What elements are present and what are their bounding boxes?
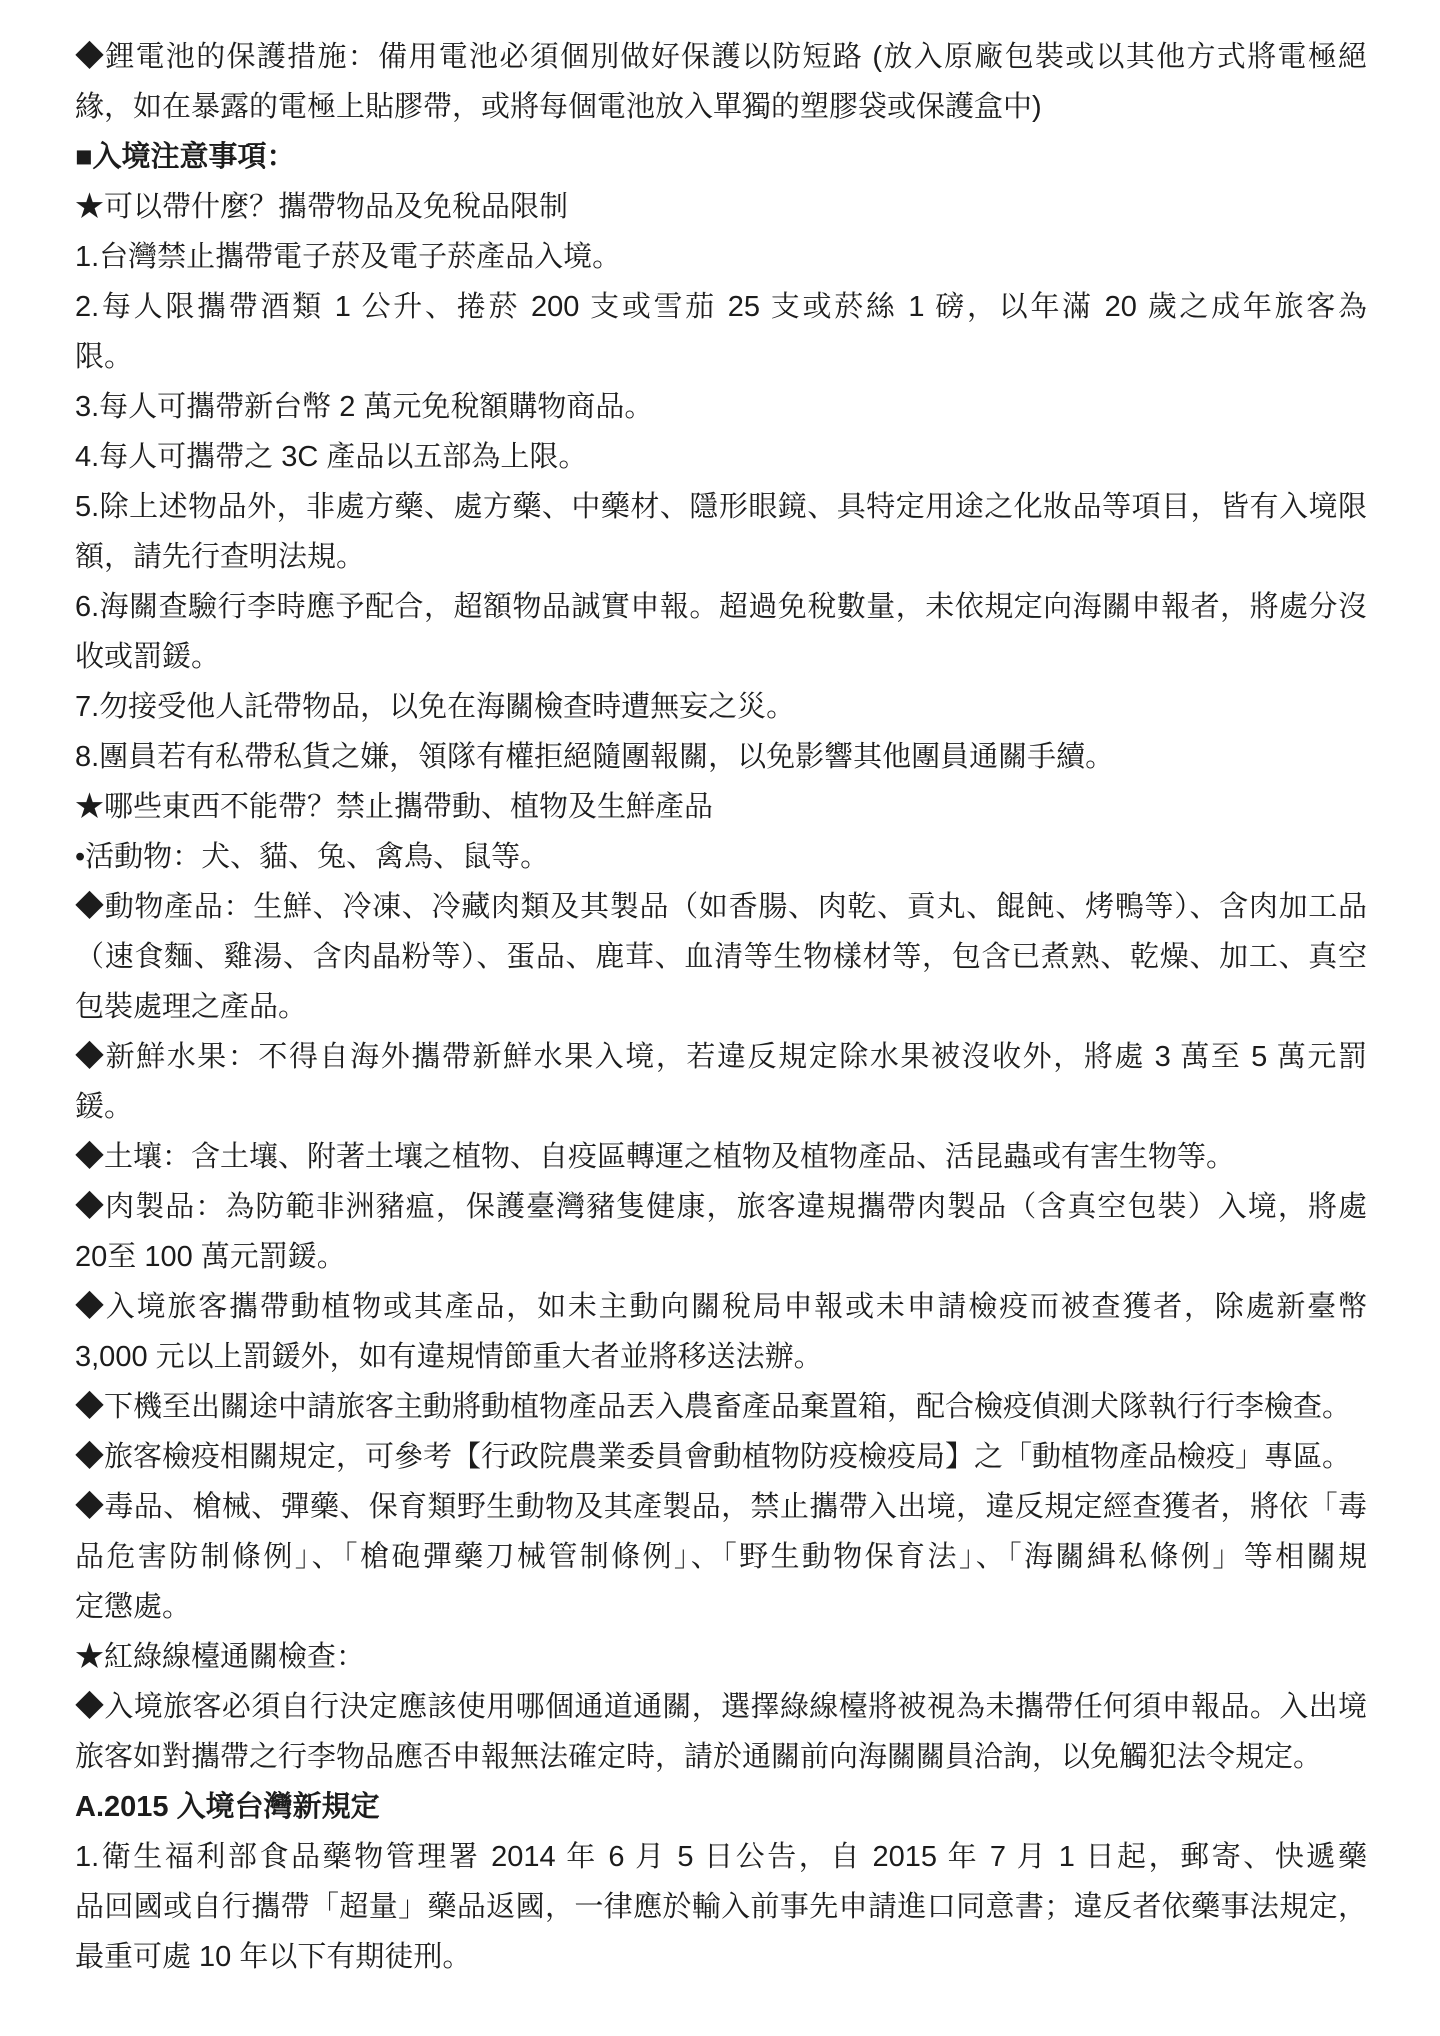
line-meat-products-1: ◆肉製品：為防範非洲豬瘟，保護臺灣豬隻健康，旅客違規攜帶肉製品（含真空包裝）入境…	[75, 1182, 1367, 1232]
line-medicine-mail-2: 品回國或自行攜帶「超量」藥品返國，一律應於輸入前事先申請進口同意書；違反者依藥事…	[75, 1882, 1367, 1932]
line-customs-inspection-2: 收或罰鍰。	[75, 632, 1367, 682]
line-alcohol-tobacco-limit-2: 限。	[75, 332, 1367, 382]
heading-entry-notes: ■入境注意事項：	[75, 132, 1367, 182]
line-no-carrying-for-others: 7.勿接受他人託帶物品，以免在海關檢查時遭無妄之災。	[75, 682, 1367, 732]
line-medicine-mail-1: 1.衛生福利部食品藥物管理署 2014 年 6 月 5 日公告，自 2015 年…	[75, 1832, 1367, 1882]
line-other-items-limit-2: 額，請先行查明法規。	[75, 532, 1367, 582]
line-fresh-fruit-2: 鍰。	[75, 1082, 1367, 1132]
line-soil: ◆土壤：含土壤、附著土壤之植物、自疫區轉運之植物及植物產品、活昆蟲或有害生物等。	[75, 1132, 1367, 1182]
line-lithium-protection-1: ◆鋰電池的保護措施：備用電池必須個別做好保護以防短路 (放入原廠包裝或以其他方式…	[75, 32, 1367, 82]
heading-red-green-channel: ★紅綠線檯通關檢查：	[75, 1632, 1367, 1682]
line-plant-declare-1: ◆入境旅客攜帶動植物或其產品，如未主動向關稅局申報或未申請檢疫而被查獲者，除處新…	[75, 1282, 1367, 1332]
line-contraband-2: 品危害防制條例」、「槍砲彈藥刀械管制條例」、「野生動物保育法」、「海關緝私條例」…	[75, 1532, 1367, 1582]
line-ntd-duty-free: 3.每人可攜帶新台幣 2 萬元免稅額購物商品。	[75, 382, 1367, 432]
line-fresh-fruit-1: ◆新鮮水果：不得自海外攜帶新鮮水果入境，若違反規定除水果被沒收外，將處 3 萬至…	[75, 1032, 1367, 1082]
line-medicine-mail-3: 最重可處 10 年以下有期徒刑。	[75, 1932, 1367, 1982]
heading-2015-new-rules: A.2015 入境台灣新規定	[75, 1782, 1367, 1832]
line-quarantine-reference: ◆旅客檢疫相關規定，可參考【行政院農業委員會動植物防疫檢疫局】之「動植物產品檢疫…	[75, 1432, 1367, 1482]
line-disposal-box: ◆下機至出關途中請旅客主動將動植物產品丟入農畜產品棄置箱，配合檢疫偵測犬隊執行行…	[75, 1382, 1367, 1432]
line-other-items-limit-1: 5.除上述物品外，非處方藥、處方藥、中藥材、隱形眼鏡、具特定用途之化妝品等項目，…	[75, 482, 1367, 532]
line-animal-products-3: 包裝處理之產品。	[75, 982, 1367, 1032]
document-page: ◆鋰電池的保護措施：備用電池必須個別做好保護以防短路 (放入原廠包裝或以其他方式…	[0, 0, 1440, 2036]
line-live-animals: •活動物：犬、貓、兔、禽鳥、鼠等。	[75, 832, 1367, 882]
line-animal-products-1: ◆動物產品：生鮮、冷凍、冷藏肉類及其製品（如香腸、肉乾、貢丸、餛飩、烤鴨等）、含…	[75, 882, 1367, 932]
line-3c-limit: 4.每人可攜帶之 3C 產品以五部為上限。	[75, 432, 1367, 482]
line-group-smuggling: 8.團員若有私帶私貨之嫌，領隊有權拒絕隨團報關，以免影響其他團員通關手續。	[75, 732, 1367, 782]
line-contraband-1: ◆毒品、槍械、彈藥、保育類野生動物及其產製品，禁止攜帶入出境，違反規定經查獲者，…	[75, 1482, 1367, 1532]
line-customs-inspection-1: 6.海關查驗行李時應予配合，超額物品誠實申報。超過免稅數量，未依規定向海關申報者…	[75, 582, 1367, 632]
line-contraband-3: 定懲處。	[75, 1582, 1367, 1632]
line-channel-choice-1: ◆入境旅客必須自行決定應該使用哪個通道通關，選擇綠線檯將被視為未攜帶任何須申報品…	[75, 1682, 1367, 1732]
line-animal-products-2: （速食麵、雞湯、含肉晶粉等）、蛋品、鹿茸、血清等生物樣材等，包含已煮熟、乾燥、加…	[75, 932, 1367, 982]
line-ecig-ban: 1.台灣禁止攜帶電子菸及電子菸產品入境。	[75, 232, 1367, 282]
line-alcohol-tobacco-limit-1: 2.每人限攜帶酒類 1 公升、捲菸 200 支或雪茄 25 支或菸絲 1 磅，以…	[75, 282, 1367, 332]
line-meat-products-2: 20至 100 萬元罰鍰。	[75, 1232, 1367, 1282]
line-plant-declare-2: 3,000 元以上罰鍰外，如有違規情節重大者並將移送法辦。	[75, 1332, 1367, 1382]
heading-what-can-bring: ★可以帶什麼？攜帶物品及免稅品限制	[75, 182, 1367, 232]
line-channel-choice-2: 旅客如對攜帶之行李物品應否申報無法確定時，請於通關前向海關關員洽詢，以免觸犯法令…	[75, 1732, 1367, 1782]
heading-what-cannot-bring: ★哪些東西不能帶？禁止攜帶動、植物及生鮮產品	[75, 782, 1367, 832]
line-lithium-protection-2: 緣，如在暴露的電極上貼膠帶，或將每個電池放入單獨的塑膠袋或保護盒中)	[75, 82, 1367, 132]
